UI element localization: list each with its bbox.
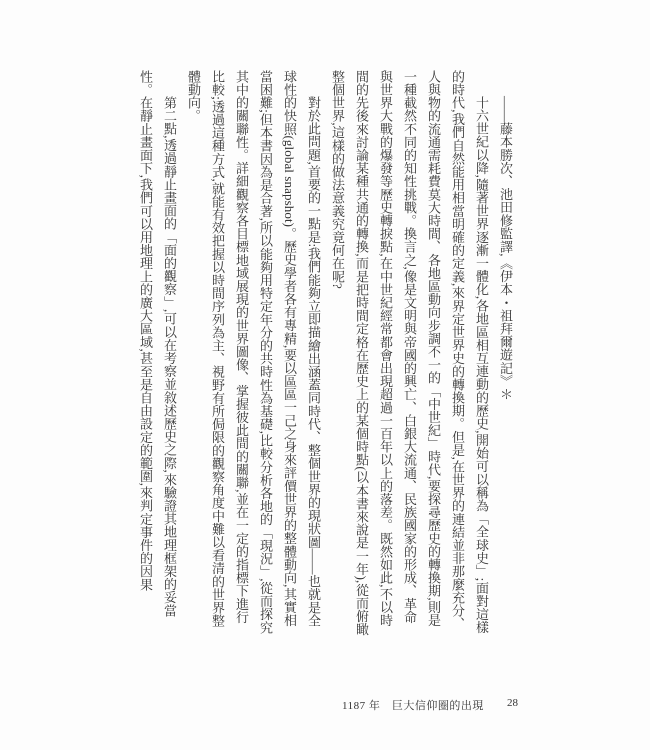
paragraph-1: 十六世紀以降,隨著世界逐漸一體化,各地區相互連動的歷史,開始可以稱為「全球史」;… xyxy=(325,70,493,636)
page-body-text: ——藤本勝次、池田修監譯,《伊本・祖拜爾遊記》＊ 十六世紀以降,隨著世界逐漸一體… xyxy=(125,70,517,636)
attribution-line: ——藤本勝次、池田修監譯,《伊本・祖拜爾遊記》＊ xyxy=(493,70,517,636)
book-page: ——藤本勝次、池田修監譯,《伊本・祖拜爾遊記》＊ 十六世紀以降,隨著世界逐漸一體… xyxy=(0,0,650,750)
running-title: 1187 年 巨大信仰圈的出現 xyxy=(342,697,484,713)
paragraph-3: 第二點,透過靜止畫面的「面的觀察」,可以在考察並敘述歷史之際,來驗證其地理框架的… xyxy=(133,70,181,636)
paragraph-2: 對於此問題,首要的一點是:我們能夠立即描繪出涵蓋同時代、整個世界的現狀圖——也就… xyxy=(181,70,325,636)
page-footer: 1187 年 巨大信仰圈的出現 28 xyxy=(0,697,650,715)
page-number: 28 xyxy=(507,697,518,709)
